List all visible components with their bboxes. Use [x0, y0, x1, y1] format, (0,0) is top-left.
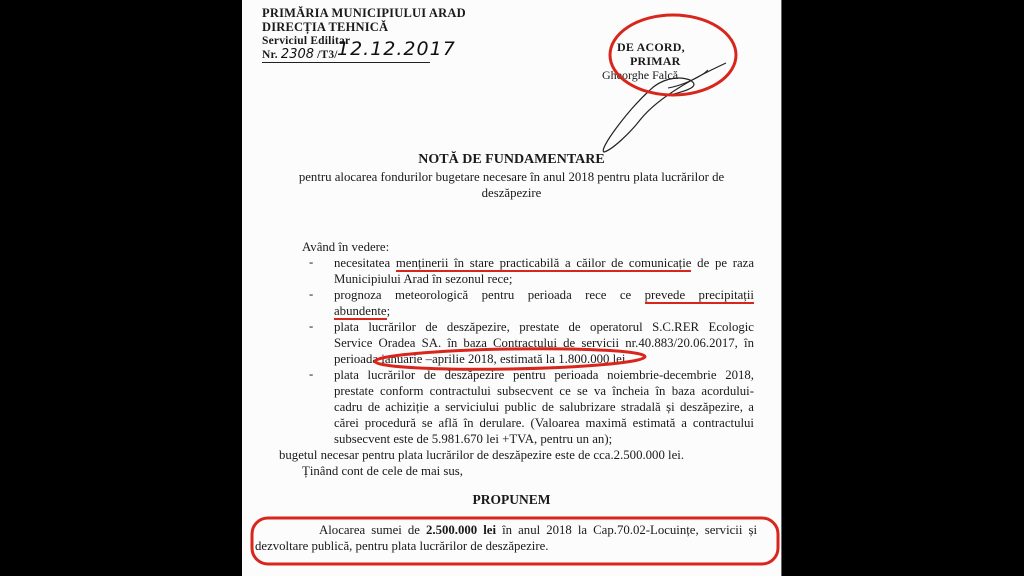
mayor-name: Gheorghe Falcă — [602, 68, 678, 83]
highlight-circled-estimate: ianuarie –aprilie 2018, estimată la 1.80… — [381, 352, 625, 366]
item1-line1: necesitatea menținerii în stare practica… — [334, 255, 754, 271]
document-subtitle-line1: pentru alocarea fondurilor bugetare nece… — [242, 170, 781, 185]
intro-text: Având în vedere: — [302, 239, 389, 255]
handwritten-date: 12.12.2017 — [337, 38, 456, 60]
highlight-underline-abundant: abundente — [334, 304, 387, 320]
budget-line: bugetul necesar pentru plata lucrărilor … — [279, 447, 684, 463]
item2-text: prognoza meteorologică pentru perioada r… — [334, 288, 645, 302]
bullet-dash: - — [309, 319, 313, 334]
item2-text-post: ; — [387, 304, 391, 318]
proposal-text: Alocarea sumei de — [319, 523, 426, 537]
item4-line3: cadru de achiziție a serviciului public … — [334, 399, 754, 415]
item4-line4: cărei procedură se află în derulare. (Va… — [334, 415, 754, 431]
item3-text: perioada — [334, 352, 381, 366]
highlight-underline-precipitation: prevede precipitații — [645, 288, 754, 304]
proposal-line1: Alocarea sumei de 2.500.000 lei în anul … — [277, 522, 757, 538]
highlight-underline-maintenance: menținerii în stare practicabilă a căilo… — [396, 256, 692, 272]
item2-line2: abundente; — [334, 303, 390, 319]
item3-line3: perioada ianuarie –aprilie 2018, estimat… — [334, 351, 625, 367]
document-page: PRIMĂRIA MUNICIPIULUI ARAD DIRECȚIA TEHN… — [242, 0, 782, 576]
item1-text-post: de pe raza — [691, 256, 754, 270]
item2-line1: prognoza meteorologică pentru perioada r… — [334, 287, 754, 303]
proposal-line2: dezvoltare publică, pentru plata lucrări… — [255, 538, 548, 554]
proposal-amount: 2.500.000 lei — [426, 523, 496, 537]
bullet-dash: - — [309, 287, 313, 302]
item1-line2: Municipiului Arad în sezonul rece; — [334, 271, 512, 287]
approval-line2: PRIMAR — [630, 54, 681, 68]
item4-line2: prestate conform contractului subsecvent… — [334, 383, 754, 399]
directorate-name: DIRECȚIA TEHNICĂ — [262, 20, 388, 34]
document-subtitle-line2: deszăpezire — [242, 186, 781, 201]
item4-line1: plata lucrărilor de deszăpezire pentru p… — [334, 367, 754, 383]
number-prefix: Nr. — [262, 49, 278, 61]
number-handwritten: 2308 — [281, 47, 314, 62]
proposal-text-post: în anul 2018 la Cap.70.02-Locuințe, serv… — [496, 523, 757, 537]
bullet-dash: - — [309, 255, 313, 270]
bullet-dash: - — [309, 367, 313, 382]
item3-line2: Service Oradea SA. în baza Contractului … — [334, 335, 754, 351]
institution-name: PRIMĂRIA MUNICIPIULUI ARAD — [262, 6, 466, 20]
item3-line1: plata lucrărilor de deszăpezire, prestat… — [334, 319, 754, 335]
approval-line1: DE ACORD, — [617, 40, 685, 54]
propose-heading: PROPUNEM — [242, 492, 781, 508]
considering-line: Ținând cont de cele de mai sus, — [302, 463, 463, 479]
item1-text: necesitatea — [334, 256, 396, 270]
document-title: NOTĂ DE FUNDAMENTARE — [242, 152, 781, 168]
item4-line5: subsecvent este de 5.981.670 lei +TVA, p… — [334, 431, 612, 447]
number-suffix: /T3/ — [317, 49, 338, 61]
